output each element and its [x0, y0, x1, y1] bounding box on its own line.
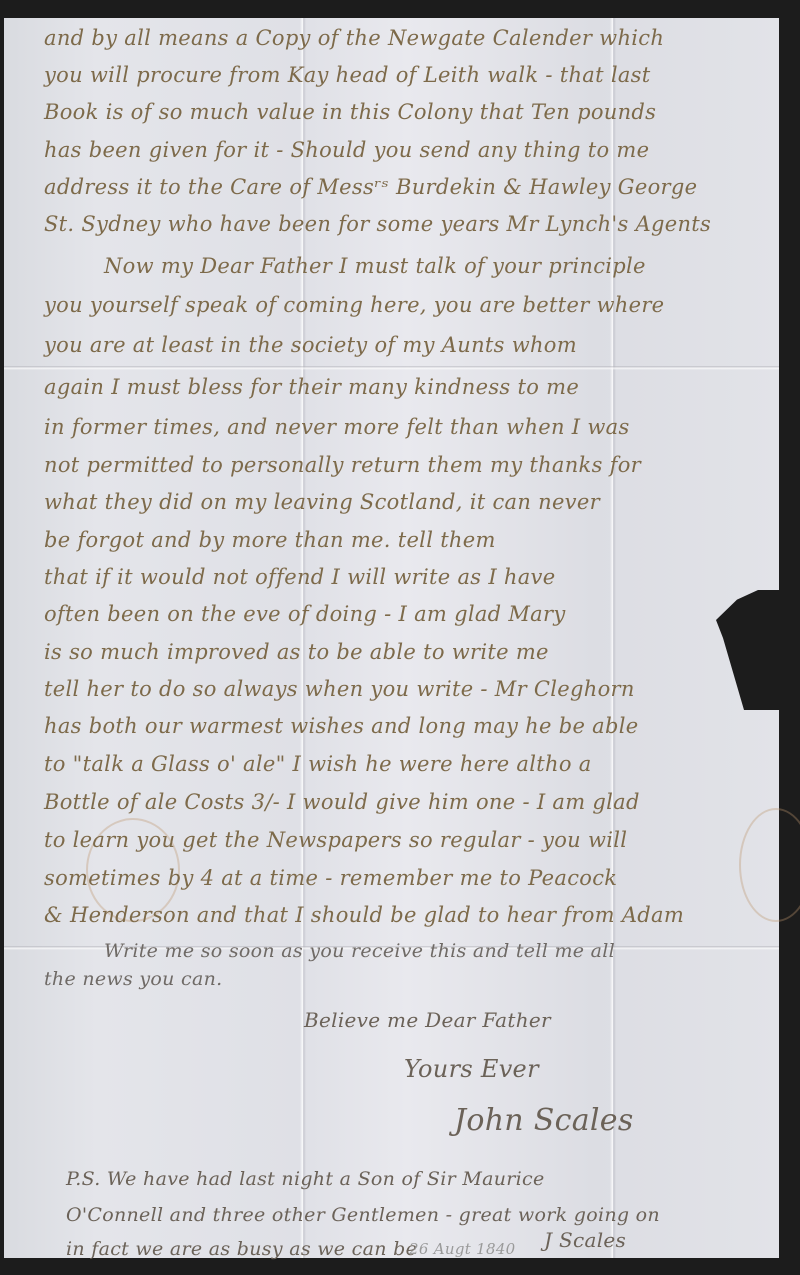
letter-line: be forgot and by more than me. tell them [44, 528, 496, 552]
letter-line: you will procure from Kay head of Leith … [44, 63, 651, 87]
vertical-fold-crease [610, 18, 616, 1258]
letter-line: Book is of so much value in this Colony … [44, 100, 656, 124]
initials-signature: J Scales [544, 1228, 626, 1252]
letter-line: again I must bless for their many kindne… [44, 375, 579, 399]
letter-line: is so much improved as to be able to wri… [44, 640, 549, 664]
letter-line: has both our warmest wishes and long may… [44, 714, 638, 738]
closing-valediction: Yours Ever [404, 1055, 539, 1083]
letter-line: in former times, and never more felt tha… [44, 415, 630, 439]
letter-line: address it to the Care of Messʳˢ Burdeki… [44, 175, 697, 199]
letter-line: Bottle of ale Costs 3/- I would give him… [44, 790, 640, 814]
postscript-line: P.S. We have had last night a Son of Sir… [66, 1168, 545, 1190]
letter-line: you yourself speak of coming here, you a… [44, 293, 664, 317]
letter-line: has been given for it - Should you send … [44, 138, 649, 162]
postscript-line: O'Connell and three other Gentlemen - gr… [66, 1204, 660, 1226]
letter-line: that if it would not offend I will write… [44, 565, 555, 589]
closing-salutation: Believe me Dear Father [304, 1008, 551, 1032]
letter-line: & Henderson and that I should be glad to… [44, 903, 684, 927]
letter-line: often been on the eve of doing - I am gl… [44, 602, 566, 626]
letter-line: sometimes by 4 at a time - remember me t… [44, 866, 617, 890]
date-annotation: 26 Augt 1840 [409, 1240, 516, 1258]
letter-line: to learn you get the Newspapers so regul… [44, 828, 627, 852]
letter-line: you are at least in the society of my Au… [44, 333, 577, 357]
letter-line: and by all means a Copy of the Newgate C… [44, 26, 664, 50]
letter-page: and by all means a Copy of the Newgate C… [4, 18, 779, 1258]
faded-postmark [739, 808, 800, 922]
letter-line: the news you can. [44, 968, 222, 990]
vertical-fold-crease [300, 18, 306, 1258]
letter-line: to "talk a Glass o' ale" I wish he were … [44, 752, 592, 776]
letter-line: St. Sydney who have been for some years … [44, 212, 711, 236]
signature: John Scales [454, 1103, 634, 1138]
letter-line: Write me so soon as you receive this and… [104, 940, 615, 962]
letter-line: not permitted to personally return them … [44, 453, 641, 477]
letter-line: Now my Dear Father I must talk of your p… [104, 254, 646, 278]
letter-line: tell her to do so always when you write … [44, 677, 635, 701]
letter-line: what they did on my leaving Scotland, it… [44, 490, 600, 514]
horizontal-fold-crease [4, 366, 779, 370]
postscript-line: in fact we are as busy as we can be [66, 1238, 417, 1260]
